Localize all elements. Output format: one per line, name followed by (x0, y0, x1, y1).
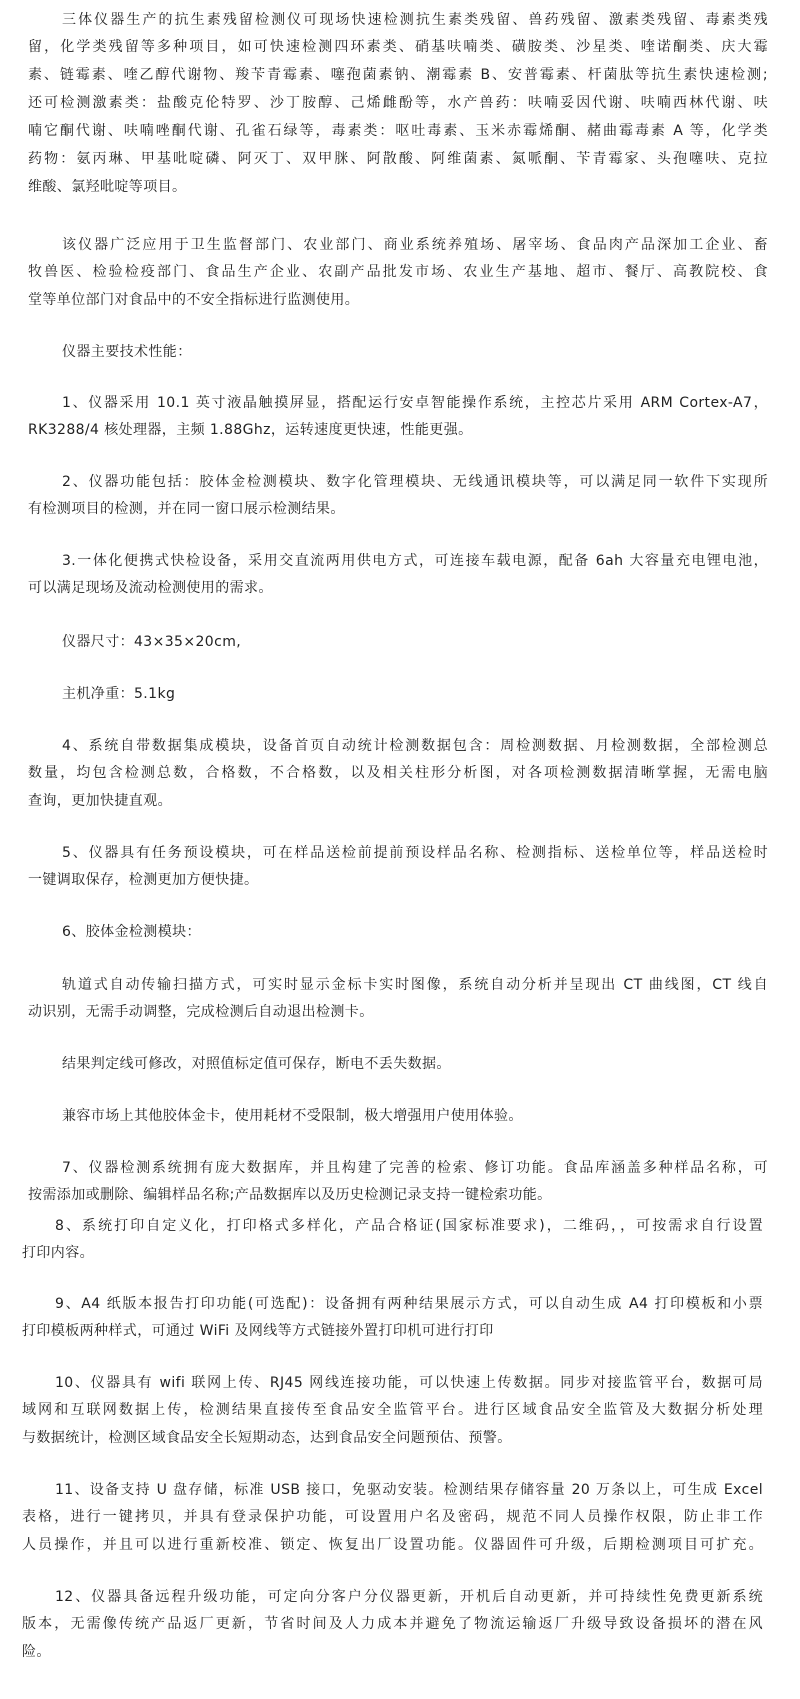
text-line: 12、仪器具备远程升级功能，可定向分客户分仪器更新，开机后自动更新，并可持续性免… (55, 1587, 763, 1607)
text-line: 5、仪器具有任务预设模块，可在样品送检前提前预设样品名称、检测指标、送检单位等，… (62, 843, 768, 863)
document-body: 三体仪器生产的抗生素残留检测仪可现场快速检测抗生素类残留、兽药残留、激素类残留、… (0, 0, 800, 1699)
text-line: 7、仪器检测系统拥有庞大数据库，并且构建了完善的检索、修订功能。食品库涵盖多种样… (62, 1158, 768, 1178)
text-line: 素、链霉素、喹乙醇代谢物、羧苄青霉素、噻孢菌素钠、潮霉素 B、安普霉素、杆菌肽等… (28, 65, 768, 85)
text-line: 按需添加或删除、编辑样品名称;产品数据库以及历史检测记录支持一键检索功能。 (28, 1185, 768, 1205)
text-line: 9、A4 纸版本报告打印功能(可选配)：设备拥有两种结果展示方式，可以自动生成 … (55, 1294, 763, 1314)
text-line: 药物：氨丙琳、甲基吡啶磷、阿灭丁、双甲脒、阿散酸、阿维菌素、氮哌酮、苄青霉家、头… (28, 149, 768, 169)
text-line: 该仪器广泛应用于卫生监督部门、农业部门、商业系统养殖场、屠宰场、食品肉产品深加工… (62, 235, 768, 255)
text-line: 一键调取保存，检测更加方便快捷。 (28, 870, 768, 890)
text-line: 2、仪器功能包括：胶体金检测模块、数字化管理模块、无线通讯模块等，可以满足同一软… (62, 472, 768, 492)
text-line: 可以满足现场及流动检测使用的需求。 (28, 578, 768, 598)
text-line: 喃它酮代谢、呋喃唑酮代谢、孔雀石绿等，毒素类：呕吐毒素、玉米赤霉烯酮、赭曲霉毒素… (28, 121, 768, 141)
text-line: 与数据统计，检测区域食品安全长短期动态，达到食品安全问题预估、预警。 (22, 1428, 763, 1448)
text-line: 数量，均包含检测总数，合格数，不合格数，以及相关柱形分析图，对各项检测数据清晰掌… (28, 763, 768, 783)
text-line: 有检测项目的检测，并在同一窗口展示检测结果。 (28, 499, 768, 519)
spec-weight: 主机净重：5.1kg (62, 684, 768, 704)
text-line: RK3288/4 核处理器，主频 1.88Ghz，运转速度更快速，性能更强。 (28, 420, 768, 440)
section-heading: 仪器主要技术性能： (62, 342, 768, 362)
text-line: 轨道式自动传输扫描方式，可实时显示金标卡实时图像，系统自动分析并呈现出 CT 曲… (62, 975, 768, 995)
spec-item-6-heading: 6、胶体金检测模块： (62, 922, 768, 942)
text-line: 10、仪器具有 wifi 联网上传、RJ45 网线连接功能，可以快速上传数据。同… (55, 1373, 763, 1393)
text-line: 堂等单位部门对食品中的不安全指标进行监测使用。 (28, 290, 768, 310)
text-line: 3.一体化便携式快检设备，采用交直流两用供电方式，可连接车载电源，配备 6ah … (62, 551, 768, 571)
spec-item-6-compat: 兼容市场上其他胶体金卡，使用耗材不受限制，极大增强用户使用体验。 (62, 1106, 768, 1126)
text-line: 1、仪器采用 10.1 英寸液晶触摸屏显，搭配运行安卓智能操作系统，主控芯片采用… (62, 393, 768, 413)
text-line: 还可检测激素类：盐酸克伦特罗、沙丁胺醇、己烯雌酚等，水产兽药：呋喃妥因代谢、呋喃… (28, 93, 768, 113)
text-line: 打印内容。 (22, 1243, 763, 1263)
text-line: 域网和互联网数据上传，检测结果直接传至食品安全监管平台。进行区域食品安全监管及大… (22, 1400, 763, 1420)
text-line: 版本，无需像传统产品返厂更新，节省时间及人力成本并避免了物流运输返厂升级导致设备… (22, 1614, 763, 1634)
spec-item-6-result: 结果判定线可修改，对照值标定值可保存，断电不丢失数据。 (62, 1054, 768, 1074)
text-line: 留，化学类残留等多种项目，如可快速检测四环素类、硝基呋喃类、磺胺类、沙星类、喹诺… (28, 37, 768, 57)
text-line: 11、设备支持 U 盘存储，标准 USB 接口，免驱动安装。检测结果存储容量 2… (55, 1480, 763, 1500)
text-line: 动识别，无需手动调整，完成检测后自动退出检测卡。 (28, 1002, 768, 1022)
text-line: 表格，进行一键拷贝，并具有登录保护功能，可设置用户名及密码，规范不同人员操作权限… (22, 1507, 763, 1527)
text-line: 查询，更加快捷直观。 (28, 791, 768, 811)
text-line: 8、系统打印自定义化，打印格式多样化，产品合格证(国家标准要求)，二维码，，可按… (55, 1216, 763, 1236)
text-line: 险。 (22, 1642, 763, 1662)
text-line: 人员操作，并且可以进行重新校准、锁定、恢复出厂设置功能。仪器固件可升级，后期检测… (22, 1535, 763, 1555)
text-line: 三体仪器生产的抗生素残留检测仪可现场快速检测抗生素类残留、兽药残留、激素类残留、… (62, 10, 768, 30)
text-line: 维酸、氯羟吡啶等项目。 (28, 177, 768, 197)
spec-size: 仪器尺寸：43×35×20cm, (62, 632, 768, 652)
text-line: 打印模板两种样式，可通过 WiFi 及网线等方式链接外置打印机可进行打印 (22, 1321, 763, 1341)
text-line: 牧兽医、检验检疫部门、食品生产企业、农副产品批发市场、农业生产基地、超市、餐厅、… (28, 262, 768, 282)
text-line: 4、系统自带数据集成模块，设备首页自动统计检测数据包含：周检测数据、月检测数据，… (62, 736, 768, 756)
